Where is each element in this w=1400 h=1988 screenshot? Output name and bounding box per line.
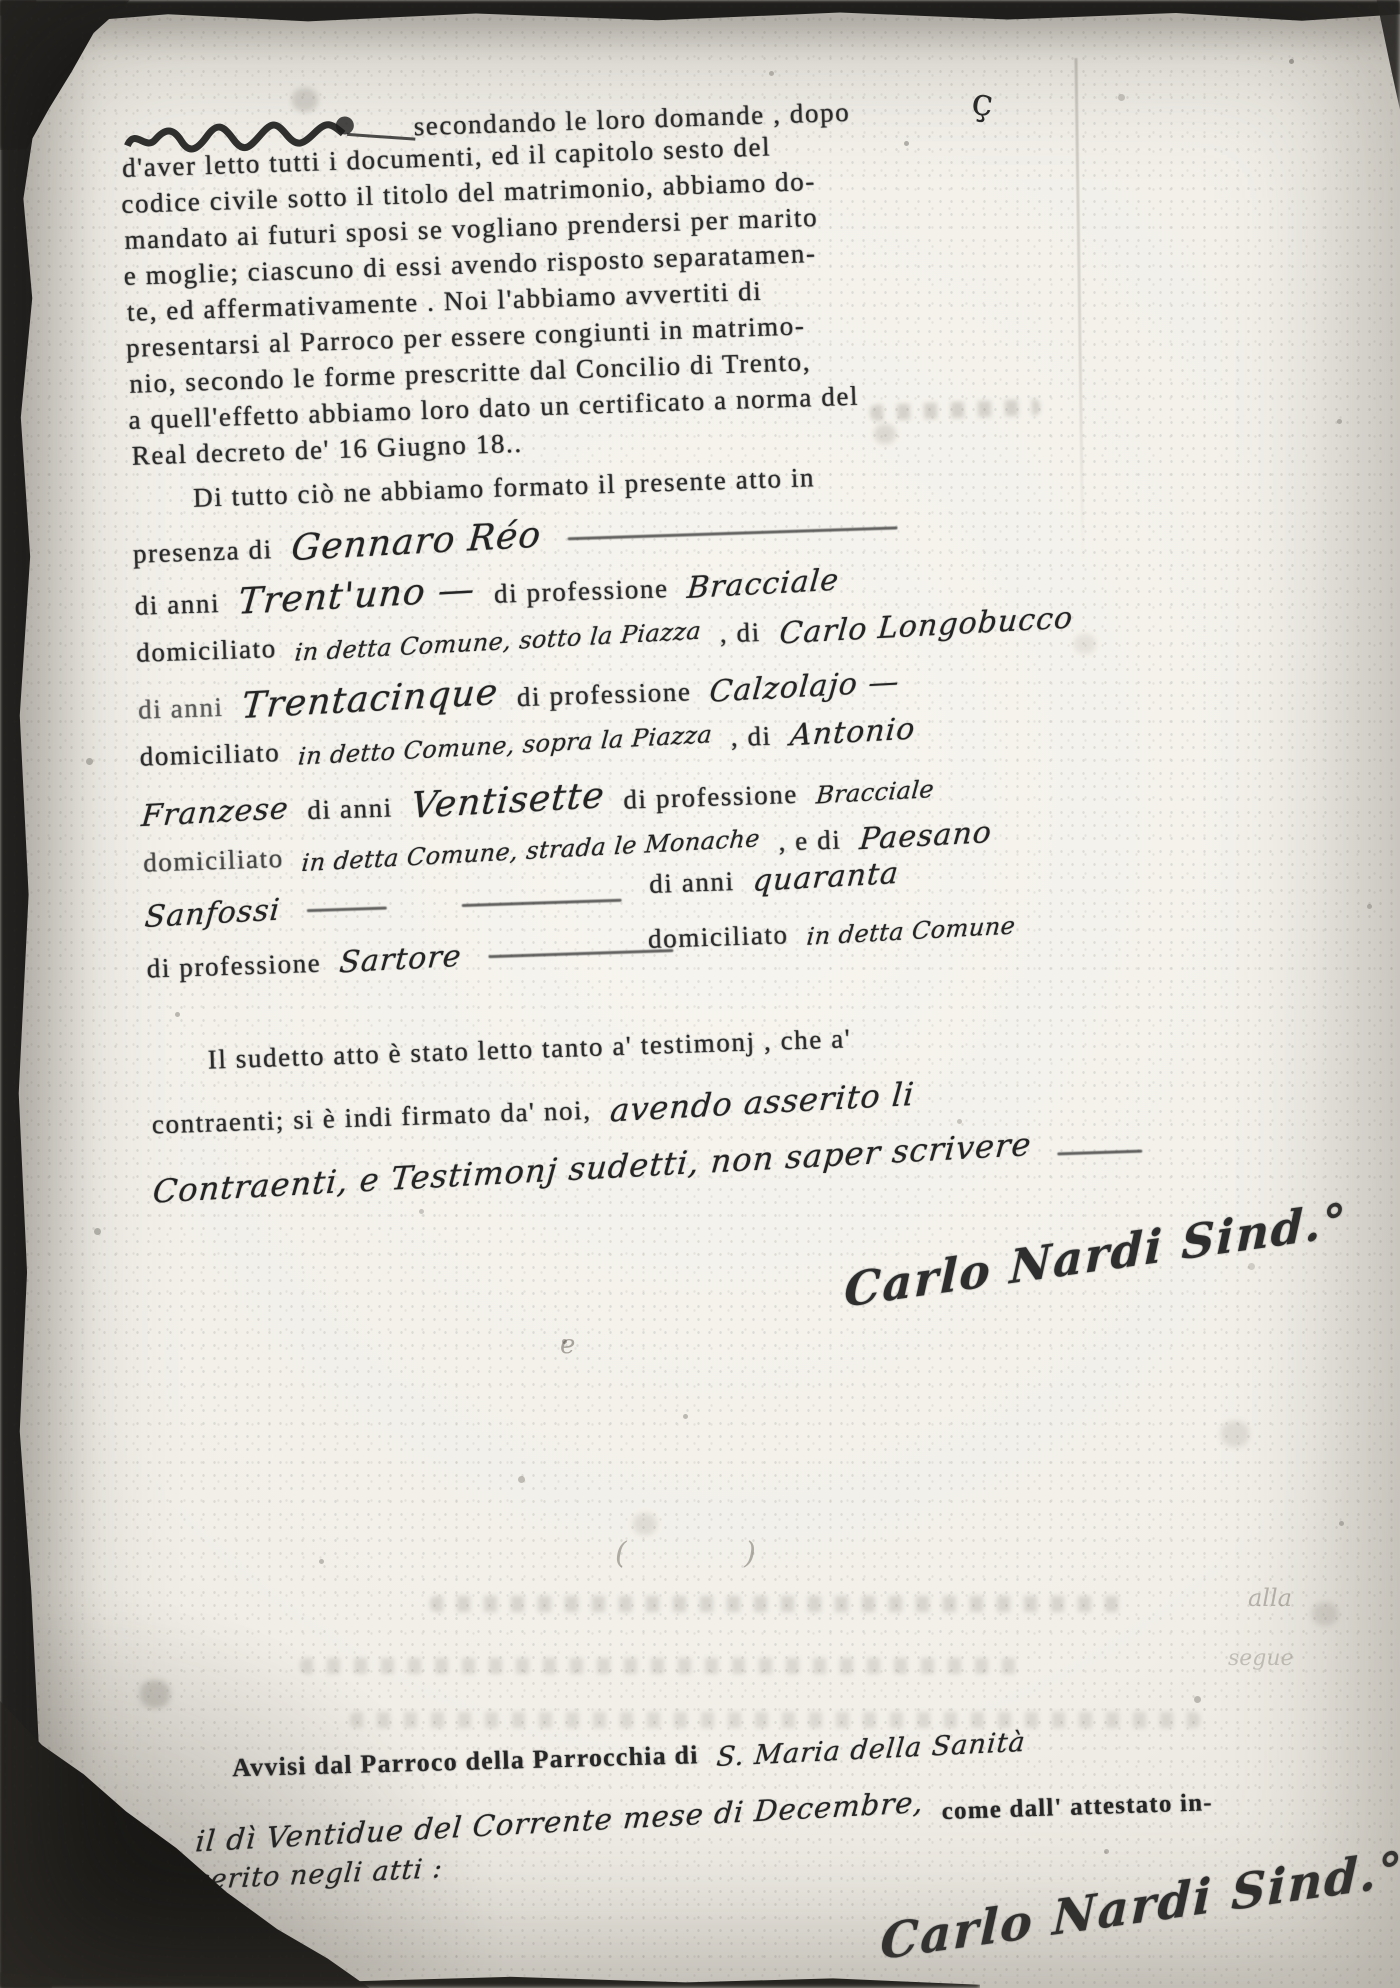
bleedthrough-smudge [430,1596,1130,1612]
bleedthrough-smudge [350,1712,1200,1728]
bleedthrough-smudge [300,1658,1020,1674]
footer-line: il dì Ventidue del Corrente mese di Dece… [196,1785,1213,1851]
signature-syndic-bottom: Carlo Nardi Sind.° [880,1841,1400,1971]
witness-age: Trent'uno — [237,570,477,623]
printed-label: domiciliato [139,737,280,772]
printed-text: Avvisi dal Parroco della Parrocchia di [232,1740,699,1782]
handwritten-text: S. Maria della Sanità [716,1728,1028,1773]
footer-line: Avvisi dal Parroco della Parrocchia di S… [232,1731,1038,1783]
witness-age-group: di anni quaranta [649,858,912,900]
ruled-dash [567,527,897,541]
witness-job: Sartore [338,940,463,980]
witness-domicile: in detta Comune, sotto la Piazza [294,618,703,666]
scan-edge-bottom [0,1972,980,1988]
handwritten-text: avendo asserito li [608,1077,915,1129]
ruled-dash [462,899,622,907]
bottom-left-shadow [0,1580,520,1988]
printed-label: , di [730,721,772,752]
small-ink-mark: e [560,1330,575,1360]
handwritten-text: Contraenti, e Testimonj sudetti, non sap… [151,1127,1033,1210]
handwritten-text: serito negli atti : [194,1854,444,1896]
text-block: secondando le loro domande , dopo d'aver… [118,73,1111,1424]
printed-label: di anni [649,866,735,899]
witness-domicile: in detta Comune [806,912,1017,950]
witness-domicile-group: domiciliato in detta Comune [648,912,1028,954]
scanned-document-page: secondando le loro domande , dopo d'aver… [0,0,1400,1988]
witness-name: Gennaro Réo [289,516,542,569]
ink-specks [0,0,3,3]
scan-edge-left [0,0,52,1988]
bleedthrough-fragment: segue [1228,1646,1294,1671]
printed-label: di anni [307,792,393,825]
body-line: Real decreto de' 16 Giugno 18.. [131,429,523,472]
left-edge-shadow [0,0,95,1988]
witness-domicile: in detto Comune, sopra la Piazza [297,721,713,770]
ruled-dash [1057,1150,1142,1156]
printed-text: secondando le loro domande , dopo [413,97,850,141]
scan-edge-top [0,0,1400,26]
scan-shadow-bottom-left [0,1620,420,1988]
bleedthrough-fragment: alla [1248,1584,1292,1612]
ruled-dash [489,949,674,958]
handwritten-text: il dì Ventidue del Corrente mese di Dece… [194,1787,925,1858]
scan-corner-top-left [0,0,130,150]
closing-line: Contraenti, e Testimonj sudetti, non sap… [153,1132,1151,1200]
printed-text: come dall' attestato in- [941,1789,1213,1825]
scan-corner-top-right [1364,0,1400,110]
top-edge-shadow [0,8,1400,58]
printed-label: di anni [134,588,220,621]
witness-line: di anni Trent'uno — di professione Bracc… [134,560,852,623]
printed-label: , di [719,617,761,648]
printed-label: , e di [778,824,842,856]
closing-line: contraenti; si è indi firmato da' noi, a… [151,1080,926,1141]
witness-job: Bracciale [815,776,935,809]
witness-line: di professione Sartore domiciliato in de… [146,934,682,985]
witness-name: Franzese [140,792,290,833]
printed-label: di professione [623,779,799,815]
footer-line: serito negli atti : [196,1856,455,1893]
witness-name: Carlo Longobucco [778,602,1074,651]
witness-line: Sanfossi di anni quaranta [144,883,630,932]
printed-label: di professione [146,948,322,984]
witness-age: Ventisette [409,776,606,826]
paper-splotches [0,0,10,8]
witness-age: Trentacinque [240,673,500,727]
witness-age: quaranta [752,857,901,898]
printed-label: domiciliato [143,843,284,878]
printed-label: domiciliato [647,919,788,954]
closing-line: Il sudetto atto è stato letto tanto a' t… [207,1024,851,1075]
bleedthrough-parens: ( ) [615,1536,810,1571]
printed-label: di anni [138,692,224,725]
witness-job: Bracciale [686,564,841,605]
witness-name: Paesano [858,816,993,856]
witness-job: Calzolajo — [709,665,902,708]
witness-name: Antonio [789,713,917,753]
ruled-dash [307,907,387,913]
printed-label: di professione [493,573,669,609]
witness-name: Sanfossi [143,894,281,934]
body-line: Di tutto ciò ne abbiamo formato il prese… [193,463,816,513]
printed-label: presenza di [132,534,273,569]
printed-label: di professione [516,676,692,712]
printed-label: domiciliato [136,633,277,668]
printed-text: contraenti; si è indi firmato da' noi, [151,1095,592,1140]
